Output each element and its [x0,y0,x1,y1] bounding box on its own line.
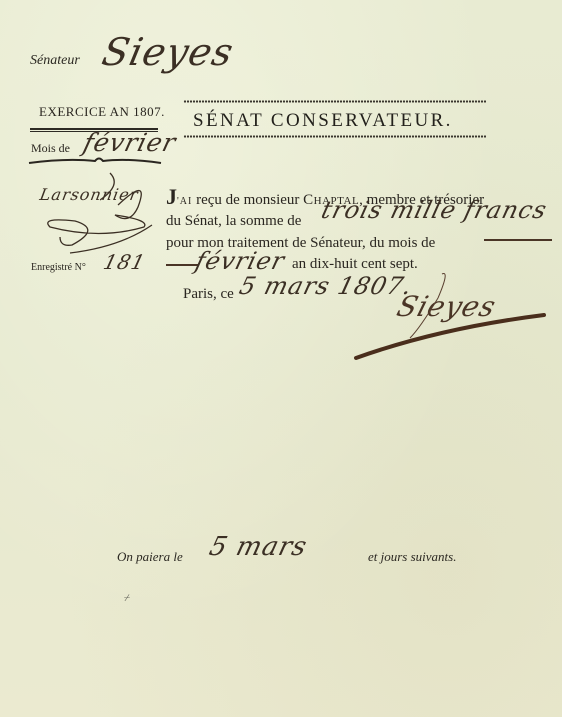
title-top-border [183,100,486,103]
senator-label: Sénateur [30,53,80,69]
title: SÉNAT CONSERVATEUR. [193,110,453,132]
body-line-2: du Sénat, la somme de [166,213,301,230]
mois-label: Mois de [31,141,70,156]
date-label: Paris, ce [183,286,234,303]
month-handwritten: février [193,247,288,275]
amount-handwritten: trois mille francs [319,196,551,224]
signature-flourish-icon [350,268,550,363]
dropcap: J [166,184,177,209]
enregistre-number-handwritten: 181 [101,250,148,274]
payment-suffix: et jours suivants. [368,549,456,565]
enregistre-label: Enregistré N° [31,262,86,273]
payment-date-handwritten: 5 mars [206,532,310,562]
clerk-paraph-flourish-icon [40,165,160,255]
filler-stroke-2 [166,264,198,266]
ink-mark: ⌿ [124,593,130,604]
paper-document: Sénateur Sieyes EXERCICE AN 1807. Mois d… [0,0,562,717]
filler-stroke [484,239,552,241]
exercice-label: EXERCICE AN 1807. [39,104,165,120]
mois-handwritten: février [80,128,179,157]
senator-name-handwritten: Sieyes [98,30,237,74]
payment-label: On paiera le [117,549,183,565]
title-bottom-border [183,135,486,138]
